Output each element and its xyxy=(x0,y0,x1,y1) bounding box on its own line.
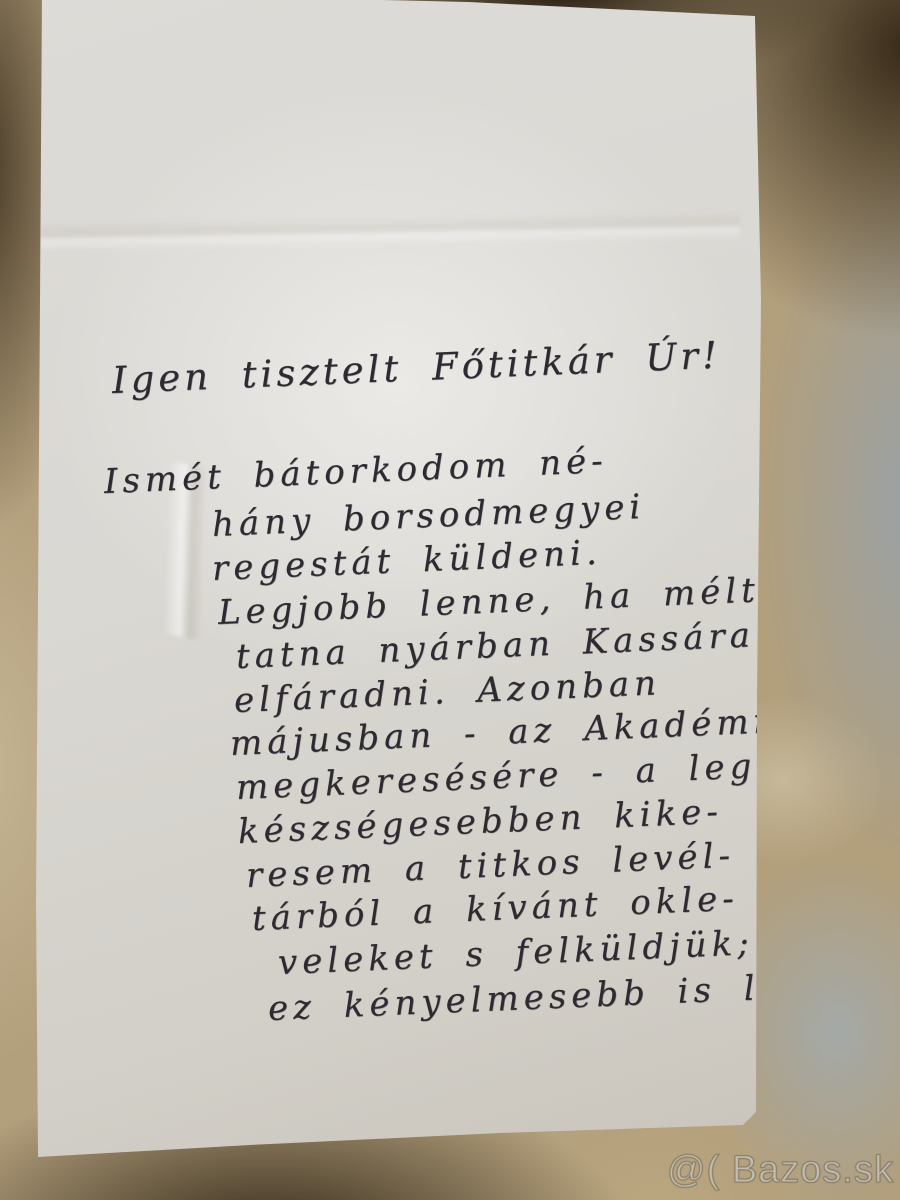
letter-heading: Igen tisztelt Főtitkár Úr! xyxy=(111,336,721,398)
photo-of-letter: Igen tisztelt Főtitkár Úr! Ismét bátorko… xyxy=(0,0,900,1200)
paper-crease-horizontal xyxy=(40,210,740,252)
watermark-text: @( Bazos.sk xyxy=(667,1149,894,1192)
